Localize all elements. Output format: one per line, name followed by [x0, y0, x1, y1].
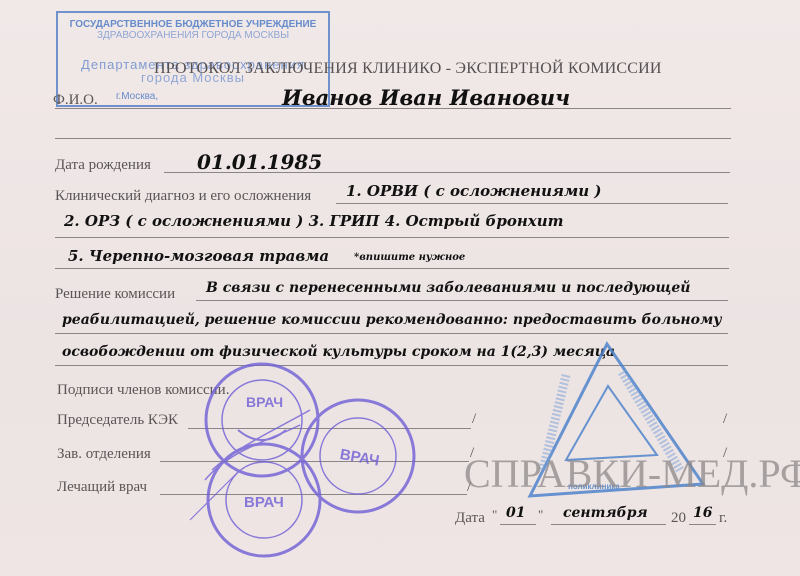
decision-underline-2	[55, 333, 728, 334]
date-quote-open: "	[492, 507, 497, 523]
chairman-slash-end: /	[723, 411, 727, 428]
decision-underline-1	[196, 300, 728, 301]
doctor-signature-line	[160, 494, 467, 495]
date-year-unit: г.	[719, 510, 727, 527]
date-year-line	[689, 524, 716, 525]
signatures-label: Подписи членов комиссии.	[57, 382, 229, 399]
decision-label: Решение комиссии	[55, 286, 175, 303]
chairman-slash: /	[472, 411, 476, 428]
date-month: сентября	[563, 505, 648, 521]
birth-line	[164, 172, 730, 173]
date-label: Дата	[455, 510, 485, 527]
diagnosis-line-3: 5. Черепно-мозговая травма	[68, 247, 329, 265]
date-month-line	[551, 524, 666, 525]
fio-value: Иванов Иван Иванович	[282, 85, 570, 110]
doctor-label: Лечащий врач	[57, 479, 147, 496]
fio-line	[55, 108, 731, 109]
fio-label: Ф.И.О.	[53, 92, 98, 109]
round-stamp-2-text: ВРАЧ	[339, 446, 381, 470]
decision-line-3: освобождении от физической культуры срок…	[62, 344, 615, 360]
head-label: Зав. отделения	[57, 446, 151, 463]
diagnosis-label: Клинический диагноз и его осложнения	[55, 188, 311, 205]
fio-line-2	[55, 138, 731, 139]
date-quote-close: "	[538, 507, 543, 523]
watermark: СПРАВКИ-МЕД.РФ	[464, 450, 800, 497]
decision-line-2: реабилитацией, решение комиссии рекоменд…	[62, 312, 722, 328]
birth-value: 01.01.1985	[197, 150, 322, 174]
birth-label: Дата рождения	[55, 157, 151, 174]
diagnosis-underline-3	[55, 268, 729, 269]
document-page: ГОСУДАРСТВЕННОЕ БЮДЖЕТНОЕ УЧРЕЖДЕНИЕ ЗДР…	[0, 0, 800, 576]
chairman-name-line	[480, 428, 730, 429]
round-stamp-1-text: ВРАЧ	[246, 394, 283, 410]
date-year-prefix: 20	[671, 510, 686, 527]
stamp-line-5: г.Москва,	[116, 91, 158, 102]
date-day-line	[500, 524, 536, 525]
diagnosis-line-2: 2. ОРЗ ( с осложнениями ) 3. ГРИП 4. Ост…	[64, 212, 564, 230]
date-year: 16	[693, 505, 712, 521]
decision-underline-3	[55, 365, 728, 366]
stamp-line-2: ЗДРАВООХРАНЕНИЯ ГОРОДА МОСКВЫ	[58, 30, 328, 41]
diagnosis-note: *впишите нужное	[354, 252, 465, 263]
diagnosis-underline-1	[336, 203, 728, 204]
diagnosis-underline-2	[55, 237, 729, 238]
diagnosis-line-1: 1. ОРВИ ( с осложнениями )	[346, 182, 601, 200]
stamp-line-1: ГОСУДАРСТВЕННОЕ БЮДЖЕТНОЕ УЧРЕЖДЕНИЕ	[58, 19, 328, 30]
chairman-label: Председатель КЭК	[57, 412, 178, 429]
date-day: 01	[506, 505, 525, 521]
decision-line-1: В связи с перенесенными заболеваниями и …	[206, 280, 690, 296]
chairman-signature-line	[188, 428, 471, 429]
head-signature-line	[160, 461, 469, 462]
round-stamp-3-text: ВРАЧ	[244, 494, 284, 511]
document-title: ПРОТОКОЛ ЗАКЛЮЧЕНИЯ КЛИНИКО - ЭКСПЕРТНОЙ…	[154, 60, 662, 78]
